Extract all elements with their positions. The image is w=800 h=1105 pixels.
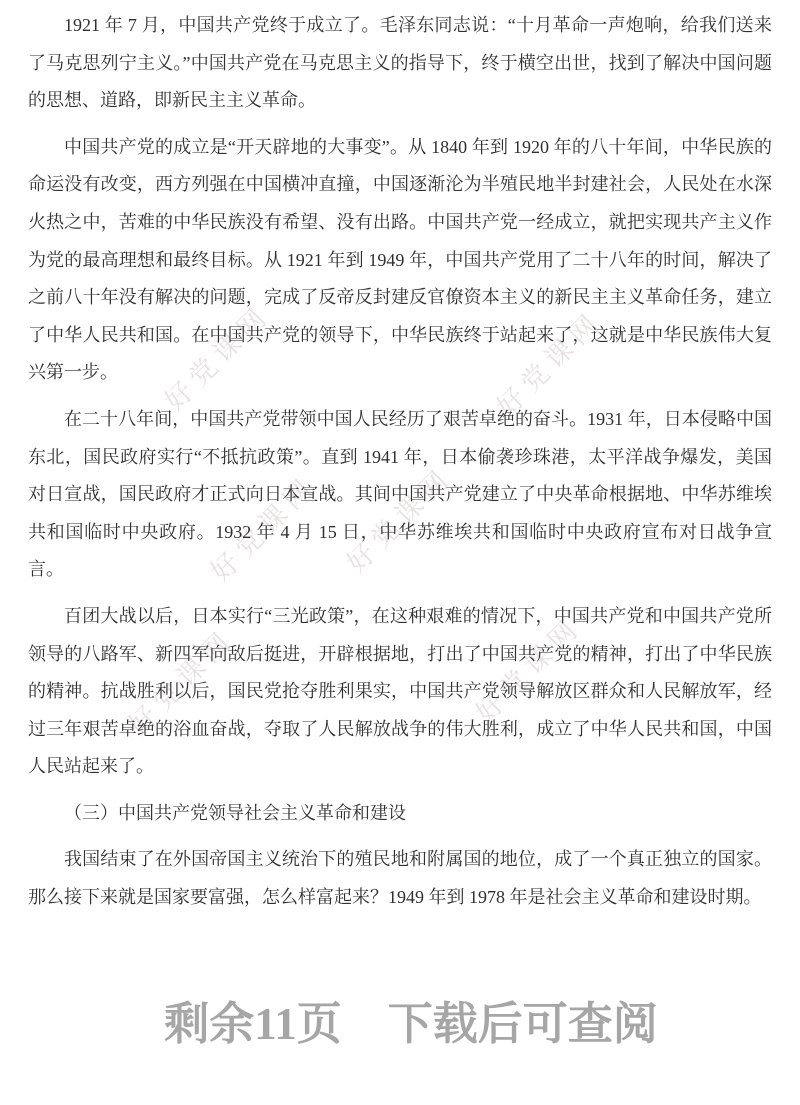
paragraph-2: 中国共产党的成立是“开天辟地的大事变”。从 1840 年到 1920 年的八十年… (28, 129, 772, 392)
section-heading: （三）中国共产党领导社会主义革命和建设 (28, 795, 772, 833)
paragraph-1: 1921 年 7 月，中国共产党终于成立了。毛泽东同志说：“十月革命一声炮响，给… (28, 7, 772, 120)
remaining-pages-label: 剩余11页 (164, 999, 342, 1049)
paragraph-3: 在二十八年间，中国共产党带领中国人民经历了艰苦卓绝的奋斗。1931 年，日本侵略… (28, 401, 772, 589)
document-content: 1921 年 7 月，中国共产党终于成立了。毛泽东同志说：“十月革命一声炮响，给… (28, 7, 772, 926)
paragraph-5: 我国结束了在外国帝国主义统治下的殖民地和附属国的地位，成了一个真正独立的国家。那… (28, 841, 772, 916)
preview-footer: 剩余11页下载后可查阅 (0, 995, 800, 1053)
document-preview-page: 好党课网 好党课网 好党课网 好党课网 好党课网 好党课网 1921 年 7 月… (0, 0, 800, 1105)
paragraph-4: 百团大战以后，日本实行“三光政策”，在这种艰难的情况下，中国共产党和中国共产党所… (28, 598, 772, 786)
download-hint-label: 下载后可查阅 (388, 999, 658, 1049)
